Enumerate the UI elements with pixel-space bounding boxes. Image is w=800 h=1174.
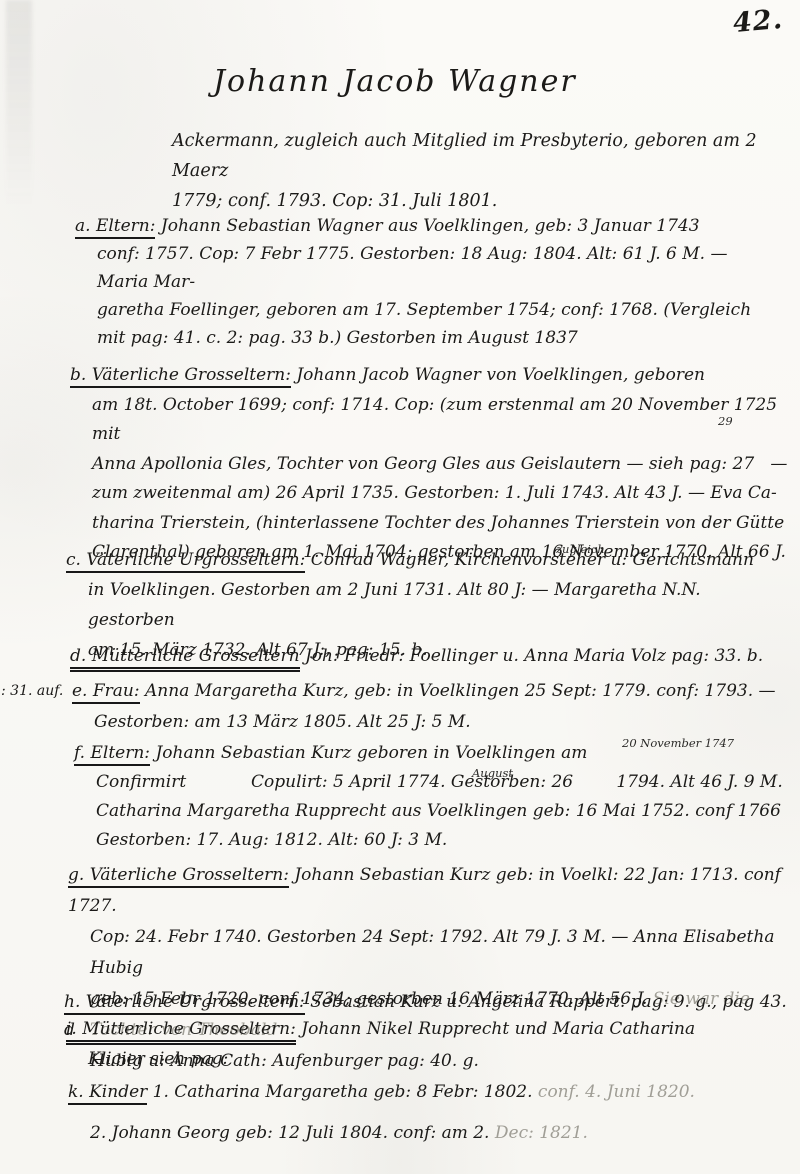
- section-text: Joh: Friedr: Foellinger u. Anna Maria Vo…: [300, 646, 764, 666]
- section-heading: c. Väterliche Urgrosseltern:: [66, 550, 305, 573]
- section-line: in Voelklingen. Gestorben am 2 Juni 1731…: [88, 575, 786, 635]
- section-line: k. Kinder 1. Catharina Margaretha geb: 8…: [68, 1078, 790, 1106]
- section-line: garetha Foellinger, geboren am 17. Septe…: [97, 296, 780, 324]
- section-heading: f. Eltern:: [74, 743, 150, 766]
- superscript-note: August: [472, 759, 513, 788]
- section-heading: e. Frau:: [72, 681, 140, 704]
- section-line: g. Väterliche Grosseltern: Johann Sebast…: [68, 860, 796, 922]
- section-line: c. Väterliche Urgrosseltern: Conrad Wagn…: [66, 545, 786, 575]
- section-text: Johann Nikel Rupprecht und Maria Cathari…: [296, 1019, 695, 1039]
- page-number: 42.: [732, 4, 784, 39]
- intro-paragraph: Ackermann, zugleich auch Mitglied im Pre…: [172, 126, 762, 216]
- section-line: Confirmirt Copulirt: 5 April 1774. Gesto…: [96, 768, 794, 797]
- section-line: am 18t. October 1699; conf: 1714. Cop: (…: [92, 391, 790, 450]
- section-line: 2. Johann Georg geb: 12 Juli 1804. conf:…: [90, 1119, 790, 1147]
- section-heading: h. Väterliche Urgrosseltern:: [64, 992, 305, 1015]
- scan-smudge: [6, 0, 32, 260]
- section-d-muetterliche-grosseltern: d. Mütterliche Grosseltern Joh: Friedr: …: [70, 642, 795, 670]
- section-line: Cop: 24. Febr 1740. Gestorben 24 Sept: 1…: [90, 922, 796, 984]
- section-heading: a. Eltern:: [75, 216, 155, 239]
- section-line: Anna Apollonia Gles, Tochter von Georg G…: [92, 450, 790, 480]
- section-line: zum zweitenmal am) 26 April 1735. Gestor…: [92, 479, 790, 509]
- section-heading: k. Kinder: [68, 1082, 147, 1105]
- section-line: a. Eltern: Johann Sebastian Wagner aus V…: [75, 212, 780, 240]
- section-heading: g. Väterliche Grosseltern:: [68, 865, 289, 888]
- section-f-eltern: 20 November 1747 August f. Eltern: Johan…: [74, 739, 794, 855]
- section-a-eltern: a. Eltern: Johann Sebastian Wagner aus V…: [75, 212, 780, 352]
- section-text: Johann Sebastian Wagner aus Voelklingen,…: [155, 216, 699, 236]
- section-text: Johann Sebastian Kurz geboren in Voelkli…: [150, 743, 587, 763]
- section-line: conf: 1757. Cop: 7 Febr 1775. Gestorben:…: [97, 240, 780, 296]
- section-heading: b. Väterliche Grosseltern:: [70, 365, 291, 388]
- section-line: Klicier sieh pag:: [88, 1044, 786, 1074]
- section-text: 2. Johann Georg geb: 12 Juli 1804. conf:…: [90, 1123, 489, 1143]
- section-text: Anna Margaretha Kurz, geb: in Voelklinge…: [140, 681, 776, 701]
- scanned-manuscript-page: 42. Johann Jacob Wagner Ackermann, zugle…: [0, 0, 800, 1174]
- section-heading: d. Mütterliche Grosseltern: [70, 646, 300, 672]
- section-line: d. Mütterliche Grosseltern Joh: Friedr: …: [70, 642, 795, 670]
- section-text: Johann Jacob Wagner von Voelklingen, geb…: [291, 365, 705, 385]
- section-line: Gestorben: 17. Aug: 1812. Alt: 60 J: 3 M…: [96, 826, 794, 855]
- section-line: e. Frau: Anna Margaretha Kurz, geb: in V…: [72, 676, 792, 707]
- superscript-note: 20 November 1747: [622, 729, 734, 758]
- superscript-note: 29: [718, 407, 733, 437]
- section-line: i. Mütterliche Grosseltern: Johann Nikel…: [66, 1014, 786, 1044]
- section-line: mit pag: 41. c. 2: pag. 33 b.) Gestorben…: [97, 324, 780, 352]
- section-line: Catharina Margaretha Rupprecht aus Voelk…: [96, 797, 794, 826]
- superscript-note: zugleich: [556, 534, 605, 564]
- section-line: b. Väterliche Grosseltern: Johann Jacob …: [70, 361, 790, 391]
- section-line: tharina Trierstein, (hinterlassene Tocht…: [92, 509, 790, 539]
- intro-line-1: Ackermann, zugleich auch Mitglied im Pre…: [172, 126, 762, 186]
- faint-note: conf. 4. Juni 1820.: [533, 1082, 695, 1102]
- margin-note: : 31. auf.: [1, 683, 63, 699]
- faint-note: Dec: 1821.: [489, 1123, 587, 1143]
- section-heading: i. Mütterliche Grosseltern:: [66, 1019, 296, 1045]
- section-text: 1. Catharina Margaretha geb: 8 Febr: 180…: [147, 1082, 532, 1102]
- section-b-vaeterliche-grosseltern: 29 b. Väterliche Grosseltern: Johann Jac…: [70, 361, 790, 568]
- section-text: Conrad Wagner, Kirchenvorsteher u: Geric…: [305, 550, 754, 570]
- section-i-muetterliche-grosseltern: i. Mütterliche Grosseltern: Johann Nikel…: [66, 1014, 786, 1074]
- page-title: Johann Jacob Wagner: [213, 64, 577, 99]
- section-k-kinder: k. Kinder 1. Catharina Margaretha geb: 8…: [68, 1078, 790, 1147]
